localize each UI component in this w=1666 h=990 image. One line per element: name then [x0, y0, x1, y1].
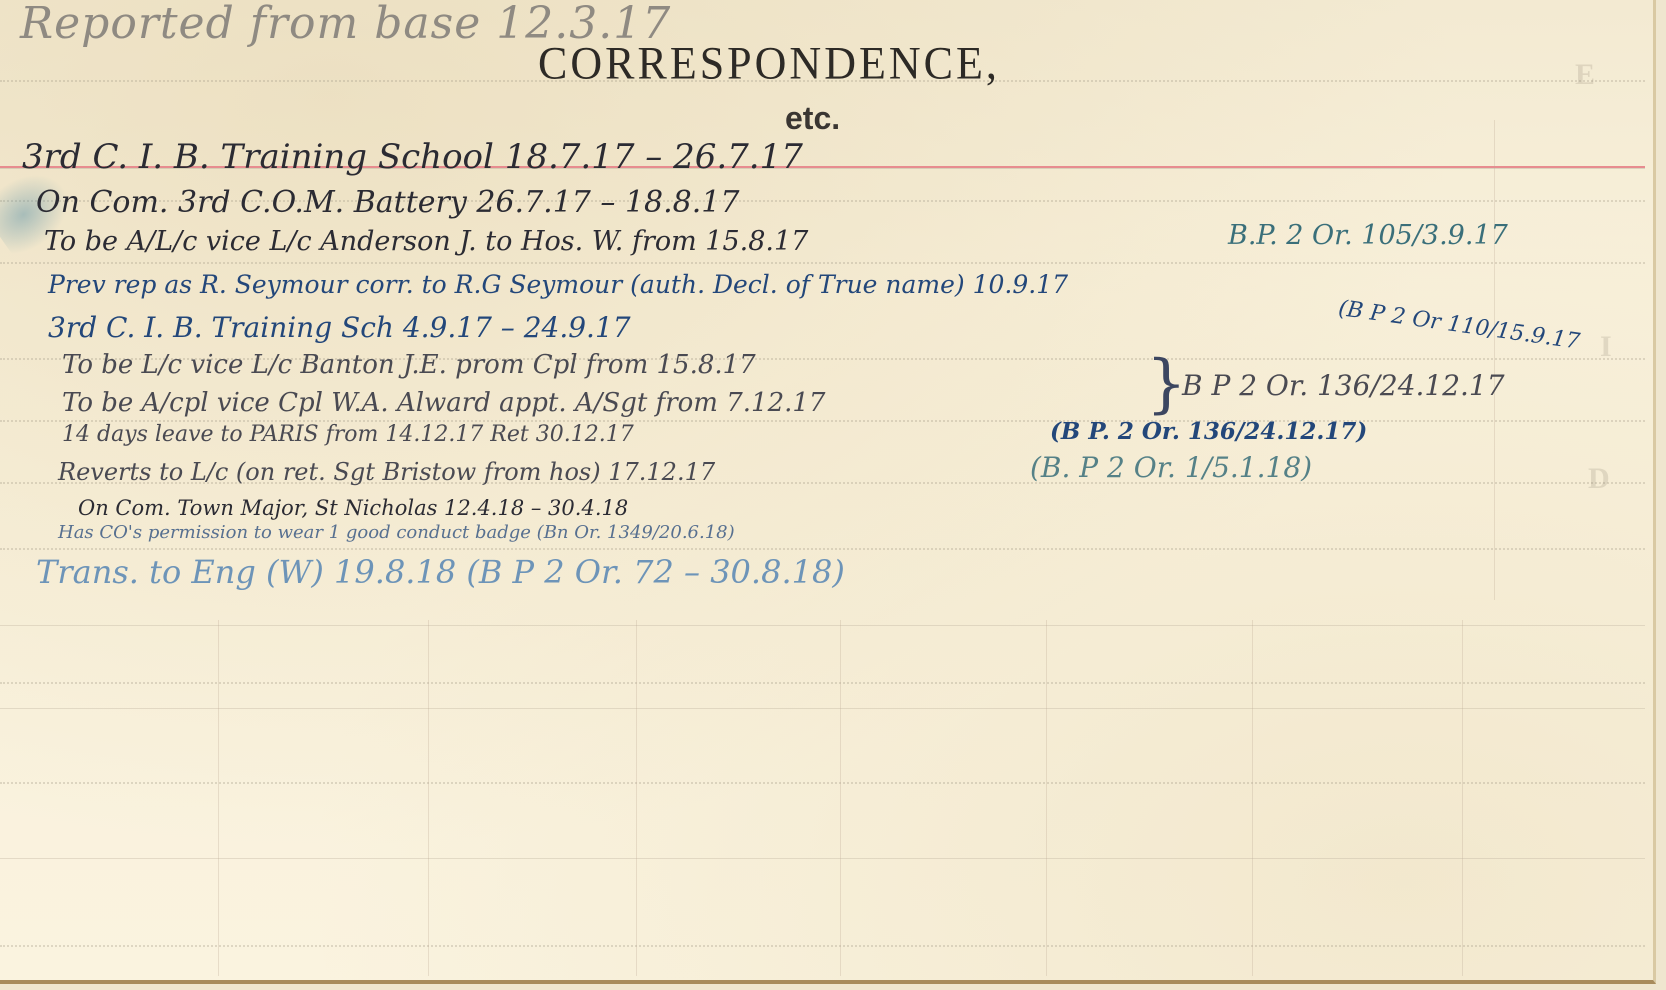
- entry-10: On Com. Town Major, St Nicholas 12.4.18 …: [78, 498, 628, 519]
- entry-9: Reverts to L/c (on ret. Sgt Bristow from…: [58, 460, 715, 484]
- bracket-brace: }: [1146, 352, 1187, 416]
- entry-8: 14 days leave to PARIS from 14.12.17 Ret…: [62, 424, 634, 446]
- entry-11: Has CO's permission to wear 1 good condu…: [58, 524, 735, 542]
- entry-3-reference: B.P. 2 Or. 105/3.9.17: [1228, 222, 1508, 249]
- column-divider: [1252, 620, 1253, 976]
- faint-print-mark: I: [1600, 330, 1612, 364]
- entry-9-reference: (B. P 2 Or. 1/5.1.18): [1030, 454, 1312, 482]
- ruled-line: [0, 548, 1645, 550]
- entry-8-reference: (B P. 2 Or. 136/24.12.17): [1050, 420, 1367, 443]
- faint-print-mark: D: [1588, 462, 1610, 496]
- entry-2: On Com. 3rd C.O.M. Battery 26.7.17 – 18.…: [36, 188, 739, 218]
- correspondence-card: E I D Reported from base 12.3.17 CORRESP…: [0, 0, 1656, 984]
- ruled-line: [0, 708, 1645, 709]
- entry-1: 3rd C. I. B. Training School 18.7.17 – 2…: [22, 140, 803, 174]
- ruled-line: [0, 262, 1645, 264]
- column-divider: [1462, 620, 1463, 976]
- column-divider: [1494, 120, 1495, 600]
- entry-12: Trans. to Eng (W) 19.8.18 (B P 2 Or. 72 …: [36, 556, 845, 588]
- ruled-line: [0, 625, 1645, 626]
- entry-5: 3rd C. I. B. Training Sch 4.9.17 – 24.9.…: [48, 314, 631, 342]
- entry-3: To be A/L/c vice L/c Anderson J. to Hos.…: [44, 228, 808, 255]
- ruled-line: [0, 682, 1645, 684]
- ruled-line: [0, 858, 1645, 859]
- entry-6: To be L/c vice L/c Banton J.E. prom Cpl …: [62, 352, 756, 378]
- entry-7: To be A/cpl vice Cpl W.A. Alward appt. A…: [62, 390, 825, 416]
- entry-4: Prev rep as R. Seymour corr. to R.G Seym…: [48, 272, 1068, 297]
- card-heading: CORRESPONDENCE,: [538, 37, 1000, 91]
- column-divider: [428, 620, 429, 976]
- column-divider: [840, 620, 841, 976]
- column-divider: [636, 620, 637, 976]
- faint-print-mark: E: [1575, 58, 1595, 92]
- card-subheading: etc.: [785, 100, 840, 137]
- bracket-reference: B P 2 Or. 136/24.12.17: [1182, 372, 1505, 400]
- ruled-line: [0, 782, 1645, 784]
- column-divider: [1046, 620, 1047, 976]
- column-divider: [218, 620, 219, 976]
- entry-4-reference: (B P 2 Or 110/15.9.17: [1337, 298, 1581, 354]
- ruled-line: [0, 945, 1645, 947]
